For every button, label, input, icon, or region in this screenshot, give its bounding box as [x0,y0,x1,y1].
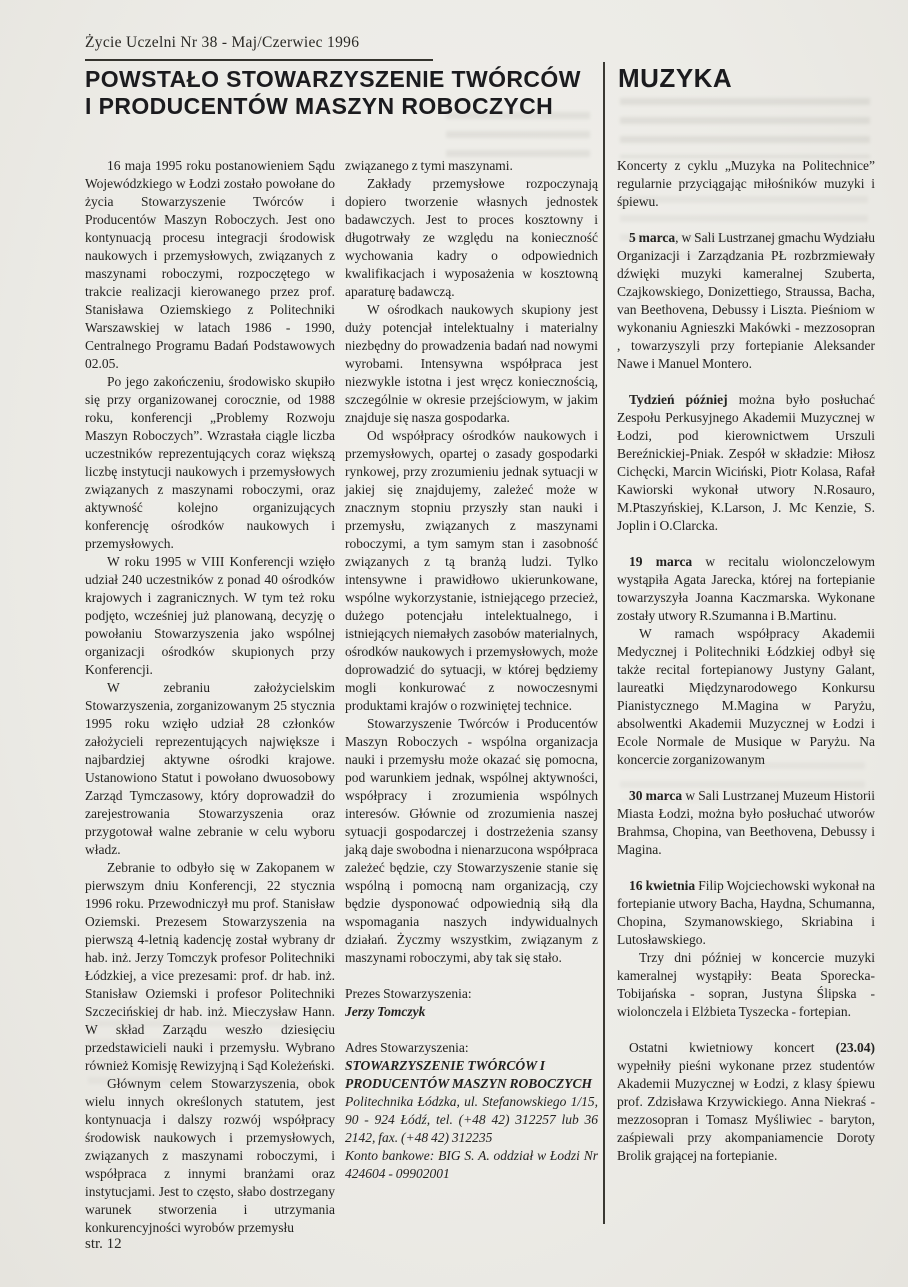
paragraph: Zebranie to odbyło się w Zakopanem w pie… [85,859,335,1075]
text-run: Konto bankowe: BIG S. A. oddział w Łodzi… [345,1148,598,1181]
article-column-1: 16 maja 1995 roku postanowieniem Sądu Wo… [85,157,335,1237]
text-run: 16 maja 1995 roku postanowieniem Sądu Wo… [85,158,335,371]
text-run: 16 kwietnia [629,878,695,893]
text-run: Stowarzyszenie Twórców i Producentów Mas… [345,716,598,965]
paragraph: 30 marca w Sali Lustrzanej Muzeum Histor… [617,787,875,859]
text-run: 19 marca [629,554,692,569]
paragraph: 5 marca, w Sali Lustrzanej gmachu Wydzia… [617,229,875,373]
paragraph: 16 maja 1995 roku postanowieniem Sądu Wo… [85,157,335,373]
text-run: Koncerty z cyklu „Muzyka na Politechnice… [617,158,875,209]
text-run: Od współpracy ośrodków naukowych i przem… [345,428,598,713]
paragraph: 16 kwietnia Filip Wojciechowski wykonał … [617,877,875,949]
text-run: Adres Stowarzyszenia: [345,1040,469,1055]
text-run: W roku 1995 w VIII Konferencji wzięło ud… [85,554,335,677]
text-run: W ramach współpracy Akademii Medycznej i… [617,626,875,767]
paragraph: STOWARZYSZENIE TWÓRCÓW I PRODUCENTÓW MAS… [345,1057,598,1093]
paragraph: Stowarzyszenie Twórców i Producentów Mas… [345,715,598,967]
paragraph: Od współpracy ośrodków naukowych i przem… [345,427,598,715]
scanned-newsletter-page: Życie Uczelni Nr 38 - Maj/Czerwiec 1996 … [0,0,908,1287]
text-run: 5 marca [629,230,675,245]
text-run: Głównym celem Stowarzyszenia, obok wielu… [85,1076,335,1235]
text-run: , w Sali Lustrzanej gmachu Wydziału Orga… [617,230,875,371]
text-run: 30 marca [629,788,682,803]
article-title-line1: POWSTAŁO STOWARZYSZENIE TWÓRCÓW [85,66,595,93]
paragraph: Konto bankowe: BIG S. A. oddział w Łodzi… [345,1147,598,1183]
text-run: można było posłuchać Zespołu Perkusyjneg… [617,392,875,533]
paragraph: W ramach współpracy Akademii Medycznej i… [617,625,875,769]
text-run: STOWARZYSZENIE TWÓRCÓW I PRODUCENTÓW MAS… [345,1058,592,1091]
text-run: (23.04) [836,1040,875,1055]
paragraph: Adres Stowarzyszenia: [345,1039,598,1057]
masthead: Życie Uczelni Nr 38 - Maj/Czerwiec 1996 [85,34,359,52]
text-run: Trzy dni później w koncercie muzyki kame… [617,950,875,1019]
paragraph: W zebraniu założycielskim Stowarzyszenia… [85,679,335,859]
article-title-line2: I PRODUCENTÓW MASZYN ROBOCZYCH [85,93,595,120]
paragraph: Prezes Stowarzyszenia: [345,985,598,1003]
article-title: POWSTAŁO STOWARZYSZENIE TWÓRCÓW I PRODUC… [85,66,595,120]
paragraph: W ośrodkach naukowych skupiony jest duży… [345,301,598,427]
column-divider [603,62,605,1224]
paragraph: Koncerty z cyklu „Muzyka na Politechnice… [617,157,875,211]
section-title-muzyka: MUZYKA [618,63,732,94]
paragraph: związanego z tymi maszynami. [345,157,598,175]
music-column: Koncerty z cyklu „Muzyka na Politechnice… [617,157,875,1165]
article-column-2: związanego z tymi maszynami.Zakłady prze… [345,157,598,1183]
text-run: związanego z tymi maszynami. [345,158,513,173]
paragraph: Głównym celem Stowarzyszenia, obok wielu… [85,1075,335,1237]
paragraph: Politechnika Łódzka, ul. Stefanowskiego … [345,1093,598,1147]
text-run: W zebraniu założycielskim Stowarzyszenia… [85,680,335,857]
scan-bleed-artifact [620,98,870,158]
paragraph: Trzy dni później w koncercie muzyki kame… [617,949,875,1021]
text-run: Tydzień później [629,392,728,407]
text-run: Po jego zakończeniu, środowisko skupiło … [85,374,335,551]
paragraph: Tydzień później można było posłuchać Zes… [617,391,875,535]
paragraph: W roku 1995 w VIII Konferencji wzięło ud… [85,553,335,679]
text-run: Jerzy Tomczyk [345,1004,425,1019]
text-run: Prezes Stowarzyszenia: [345,986,472,1001]
paragraph: 19 marca w recitalu wiolonczelowym wystą… [617,553,875,625]
paragraph: Po jego zakończeniu, środowisko skupiło … [85,373,335,553]
paragraph: Jerzy Tomczyk [345,1003,598,1021]
text-run: wypełniły pieśni wykonane przez studentó… [617,1058,875,1163]
text-run: Ostatni kwietniowy koncert [629,1040,836,1055]
masthead-rule [85,59,433,61]
paragraph: Ostatni kwietniowy koncert (23.04) wypeł… [617,1039,875,1165]
page-number: str. 12 [85,1236,122,1253]
text-run: Politechnika Łódzka, ul. Stefanowskiego … [345,1094,598,1145]
text-run: Zakłady przemysłowe rozpoczynają dopiero… [345,176,598,299]
text-run: Zebranie to odbyło się w Zakopanem w pie… [85,860,335,1073]
paragraph: Zakłady przemysłowe rozpoczynają dopiero… [345,175,598,301]
text-run: W ośrodkach naukowych skupiony jest duży… [345,302,598,425]
